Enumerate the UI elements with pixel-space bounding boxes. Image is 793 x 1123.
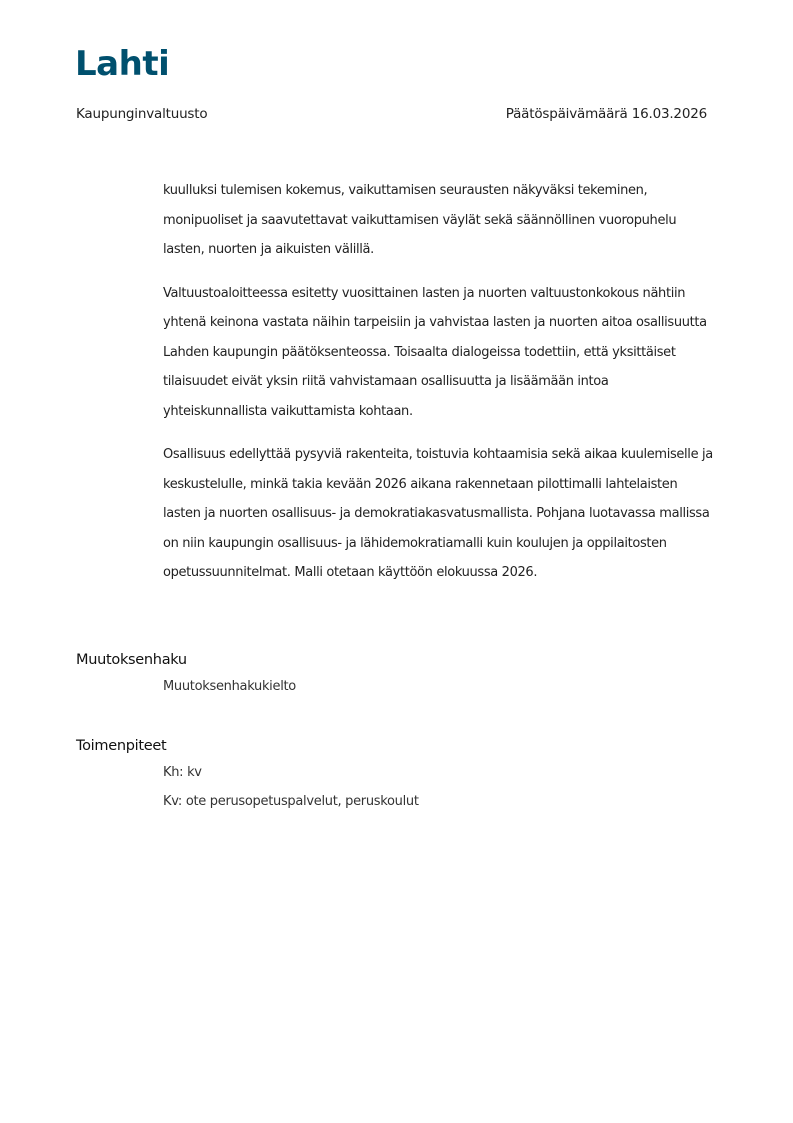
- organ-name: Kaupunginvaltuusto: [76, 106, 207, 122]
- body-text: kuulluksi tulemisen kokemus, vaikuttamis…: [163, 176, 713, 602]
- paragraph: Osallisuus edellyttää pysyviä rakenteita…: [163, 440, 713, 588]
- actions-heading: Toimenpiteet: [76, 738, 166, 754]
- lahti-logo: Lahti: [75, 44, 169, 84]
- appeal-heading: Muutoksenhaku: [76, 652, 187, 668]
- action-item: Kv: ote perusopetuspalvelut, peruskoulut: [163, 794, 419, 809]
- appeal-value: Muutoksenhakukielto: [163, 679, 296, 694]
- paragraph: Valtuustoaloitteessa esitetty vuosittain…: [163, 279, 713, 427]
- paragraph: kuulluksi tulemisen kokemus, vaikuttamis…: [163, 176, 713, 265]
- decision-date: Päätöspäivämäärä 16.03.2026: [506, 106, 707, 122]
- action-item: Kh: kv: [163, 765, 202, 780]
